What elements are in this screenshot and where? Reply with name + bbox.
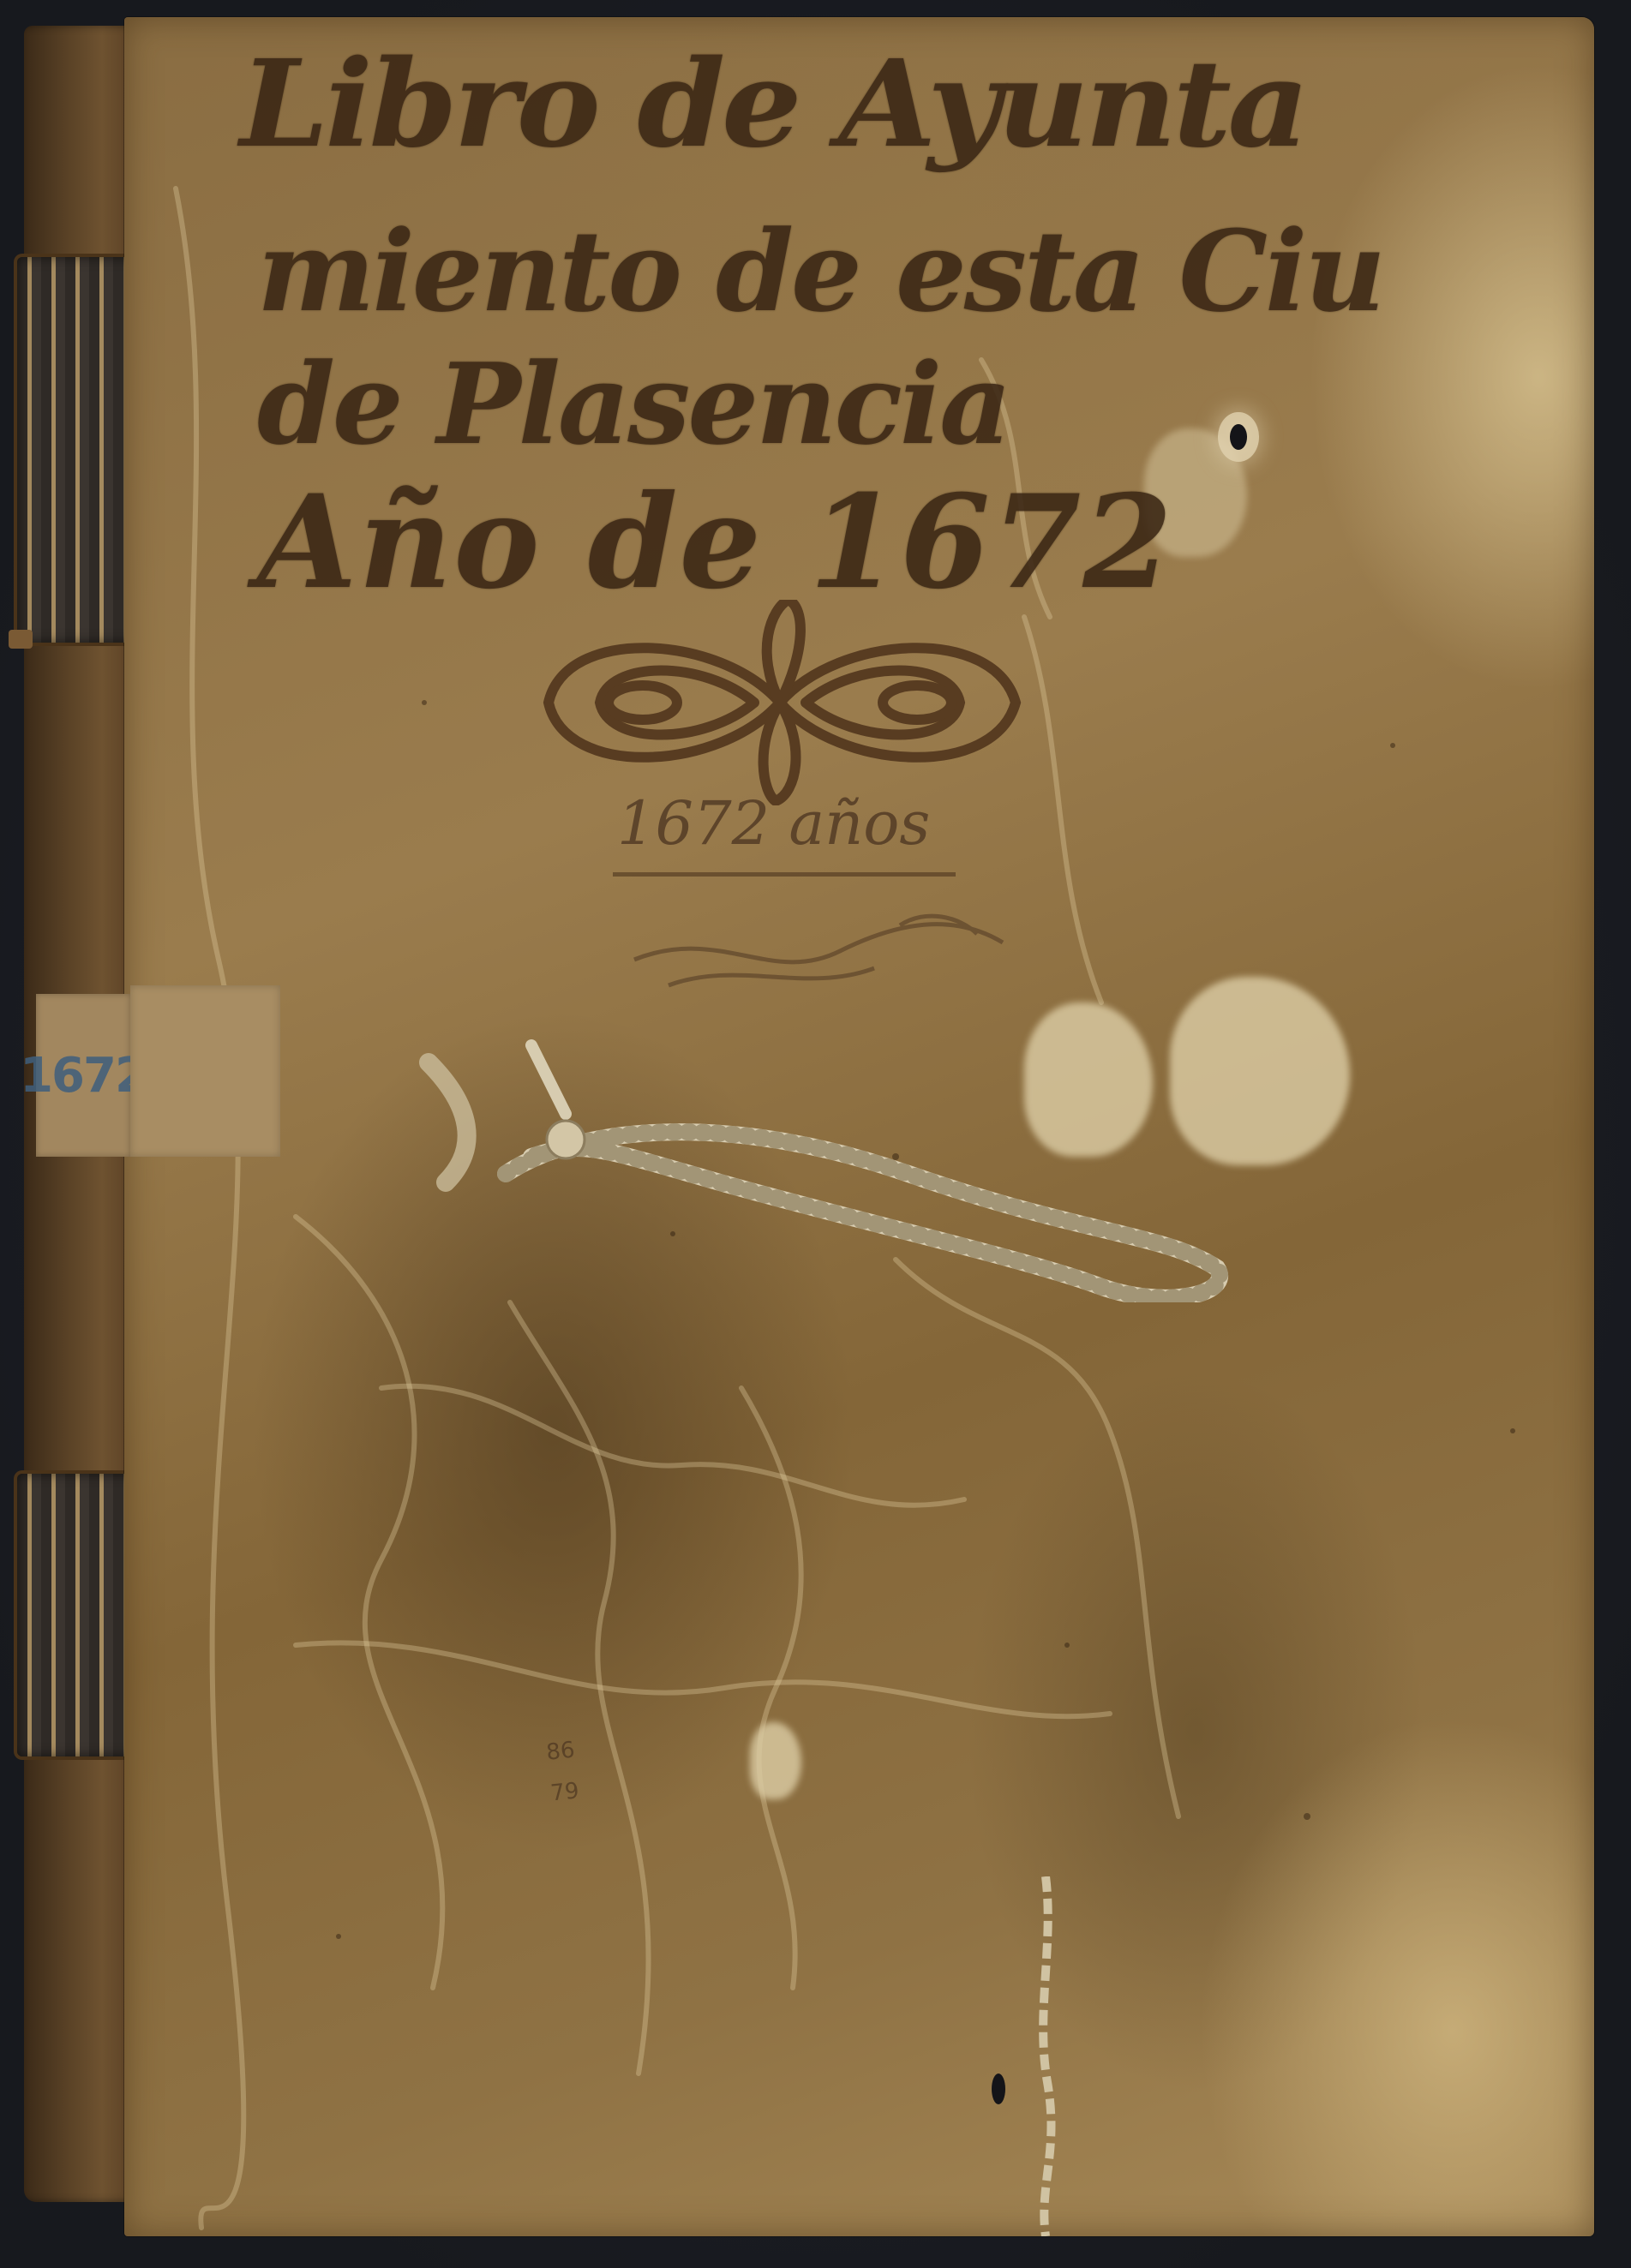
knot-flourish-icon	[514, 600, 1046, 805]
scan-canvas: 1672 Libro de Ayunta miento de esta Ciu …	[0, 0, 1631, 2268]
vellum-hole	[992, 2074, 1005, 2104]
stitched-seam	[1028, 1876, 1063, 2236]
vellum-hole	[1230, 424, 1247, 450]
worn-patch	[750, 1722, 801, 1799]
pencil-mark: 79	[549, 1770, 581, 1814]
spine-label-flap	[130, 985, 280, 1157]
band-tab-icon	[9, 630, 33, 649]
title-line-3: de Plasencia	[257, 338, 1009, 470]
faded-scribble	[617, 891, 1080, 1002]
title-line-4: Año de 1672	[257, 467, 1174, 618]
spine-label-year: 1672	[20, 1048, 147, 1104]
title-line-1: Libro de Ayunta	[240, 34, 1306, 175]
pencil-mark: 86	[544, 1730, 577, 1774]
spine-paper-label: 1672	[36, 994, 130, 1157]
title-line-2: miento de esta Ciu	[257, 206, 1383, 337]
date-inscription: 1672 años	[617, 788, 930, 859]
underline-rule	[613, 872, 956, 877]
cord-tie-loop	[394, 1011, 1234, 1302]
